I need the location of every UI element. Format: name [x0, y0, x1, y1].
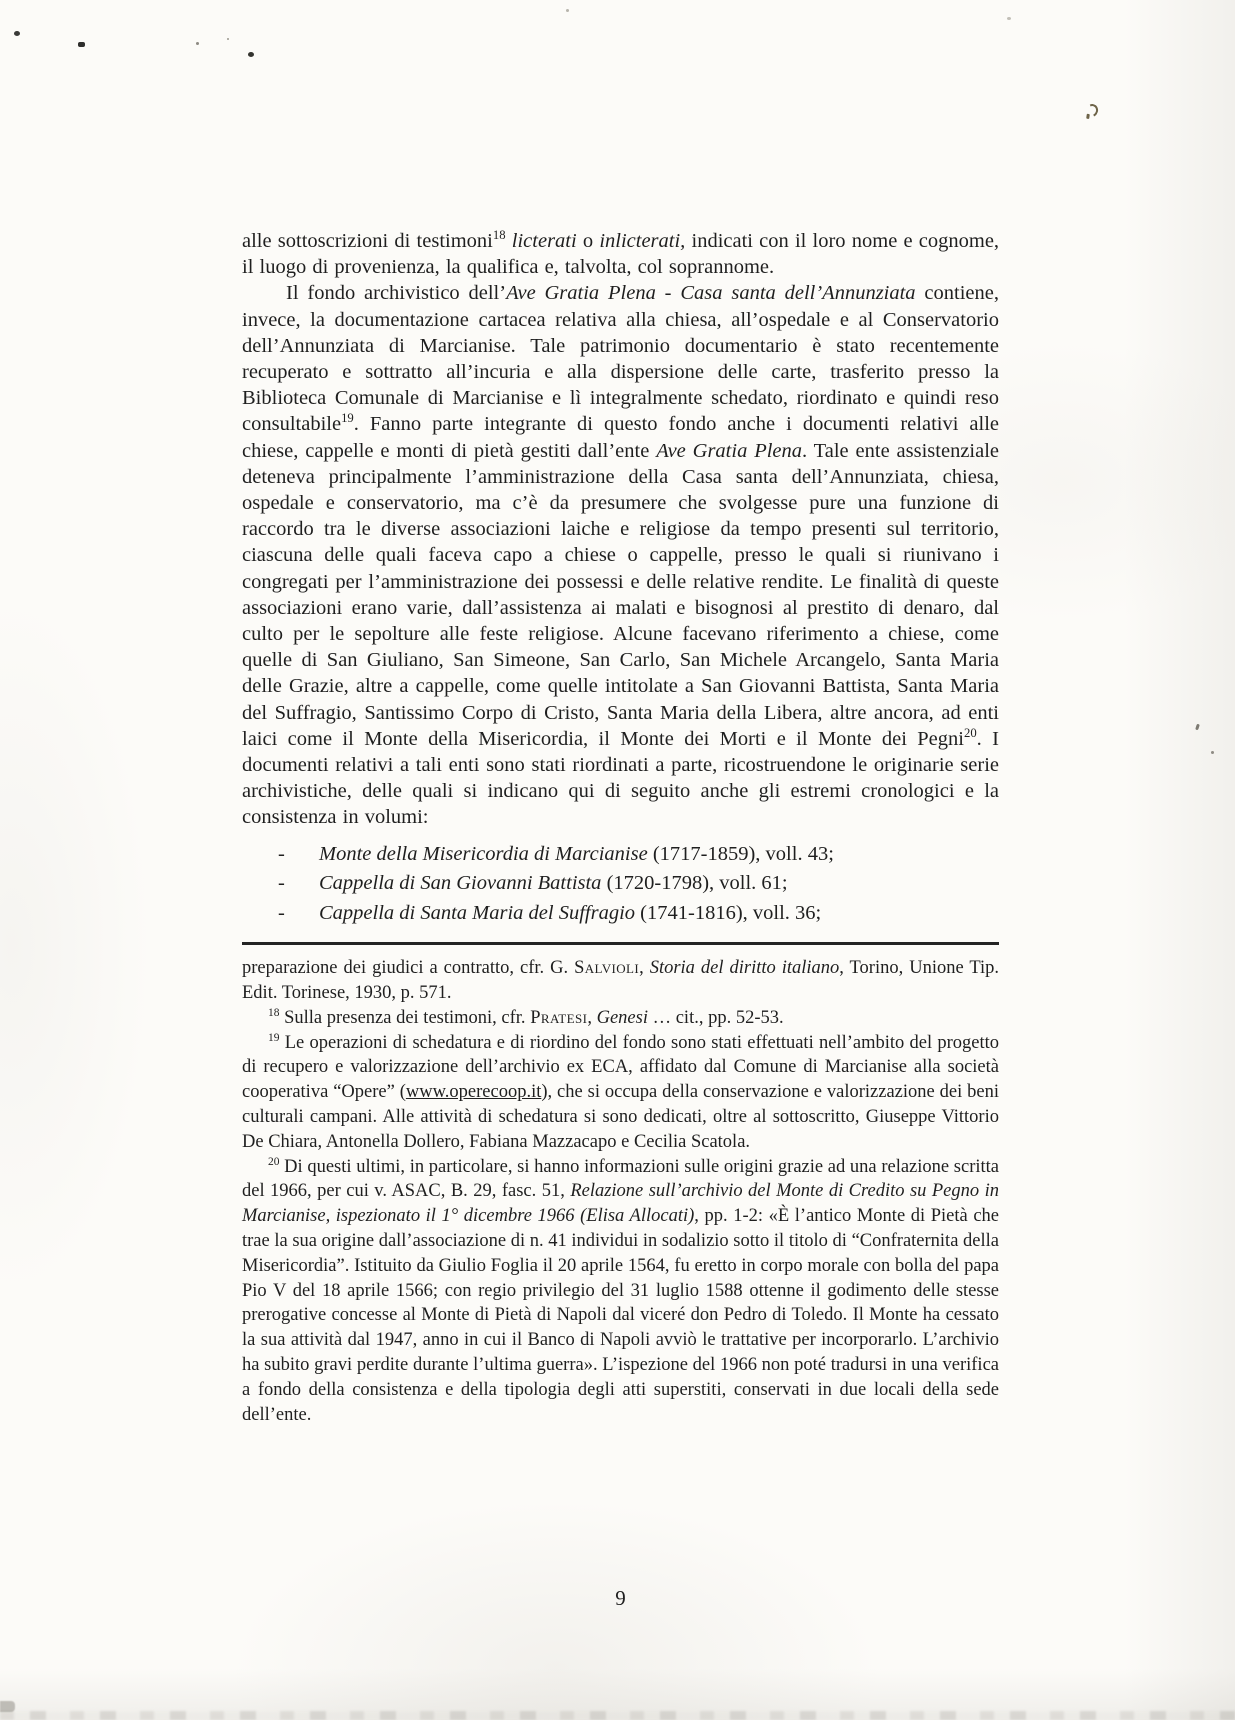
ink-speck	[1195, 724, 1200, 731]
footnote-20: 20 Di questi ultimi, in particolare, si …	[242, 1155, 999, 1428]
footnote-17-continuation: preparazione dei giudici a contratto, cf…	[242, 956, 999, 1006]
archive-series-list: - Monte della Misericordia di Marcianise…	[242, 840, 999, 929]
list-dash: -	[278, 840, 285, 870]
footnote-18: 18 Sulla presenza dei testimoni, cfr. Pr…	[242, 1006, 999, 1031]
list-item: - Monte della Misericordia di Marcianise…	[242, 840, 999, 870]
ink-speck	[248, 52, 254, 57]
ink-speck	[14, 31, 20, 36]
footnote-separator	[242, 942, 999, 945]
list-dash: -	[278, 899, 285, 929]
list-item: - Cappella di Santa Maria del Suffragio …	[242, 899, 999, 929]
body-paragraph: alle sottoscrizioni di testimoni18 licte…	[242, 228, 999, 280]
footnote-19: 19 Le operazioni di schedatura e di rior…	[242, 1031, 999, 1155]
ink-speck	[196, 42, 199, 45]
list-dash: -	[278, 869, 285, 899]
list-item: - Cappella di San Giovanni Battista (172…	[242, 869, 999, 899]
body-text: alle sottoscrizioni di testimoni18 licte…	[242, 228, 999, 831]
list-item-text: Monte della Misericordia di Marcianise (…	[319, 843, 834, 865]
bottom-scan-edge	[0, 1711, 1235, 1720]
footnotes: preparazione dei giudici a contratto, cf…	[242, 956, 999, 1427]
list-item-text: Cappella di San Giovanni Battista (1720-…	[319, 872, 788, 894]
body-paragraph: Il fondo archivistico dell’Ave Gratia Pl…	[242, 280, 999, 830]
ink-speck	[1211, 751, 1214, 754]
ink-speck	[1007, 17, 1011, 20]
page-number: 9	[242, 1586, 999, 1611]
ink-speck	[227, 38, 229, 40]
question-mark-stain	[1084, 102, 1100, 119]
ink-speck	[78, 42, 85, 47]
list-item-text: Cappella di Santa Maria del Suffragio (1…	[319, 902, 821, 924]
ink-speck	[566, 9, 569, 12]
text-block: alle sottoscrizioni di testimoni18 licte…	[242, 228, 999, 1427]
scanned-book-page: alle sottoscrizioni di testimoni18 licte…	[0, 0, 1235, 1720]
